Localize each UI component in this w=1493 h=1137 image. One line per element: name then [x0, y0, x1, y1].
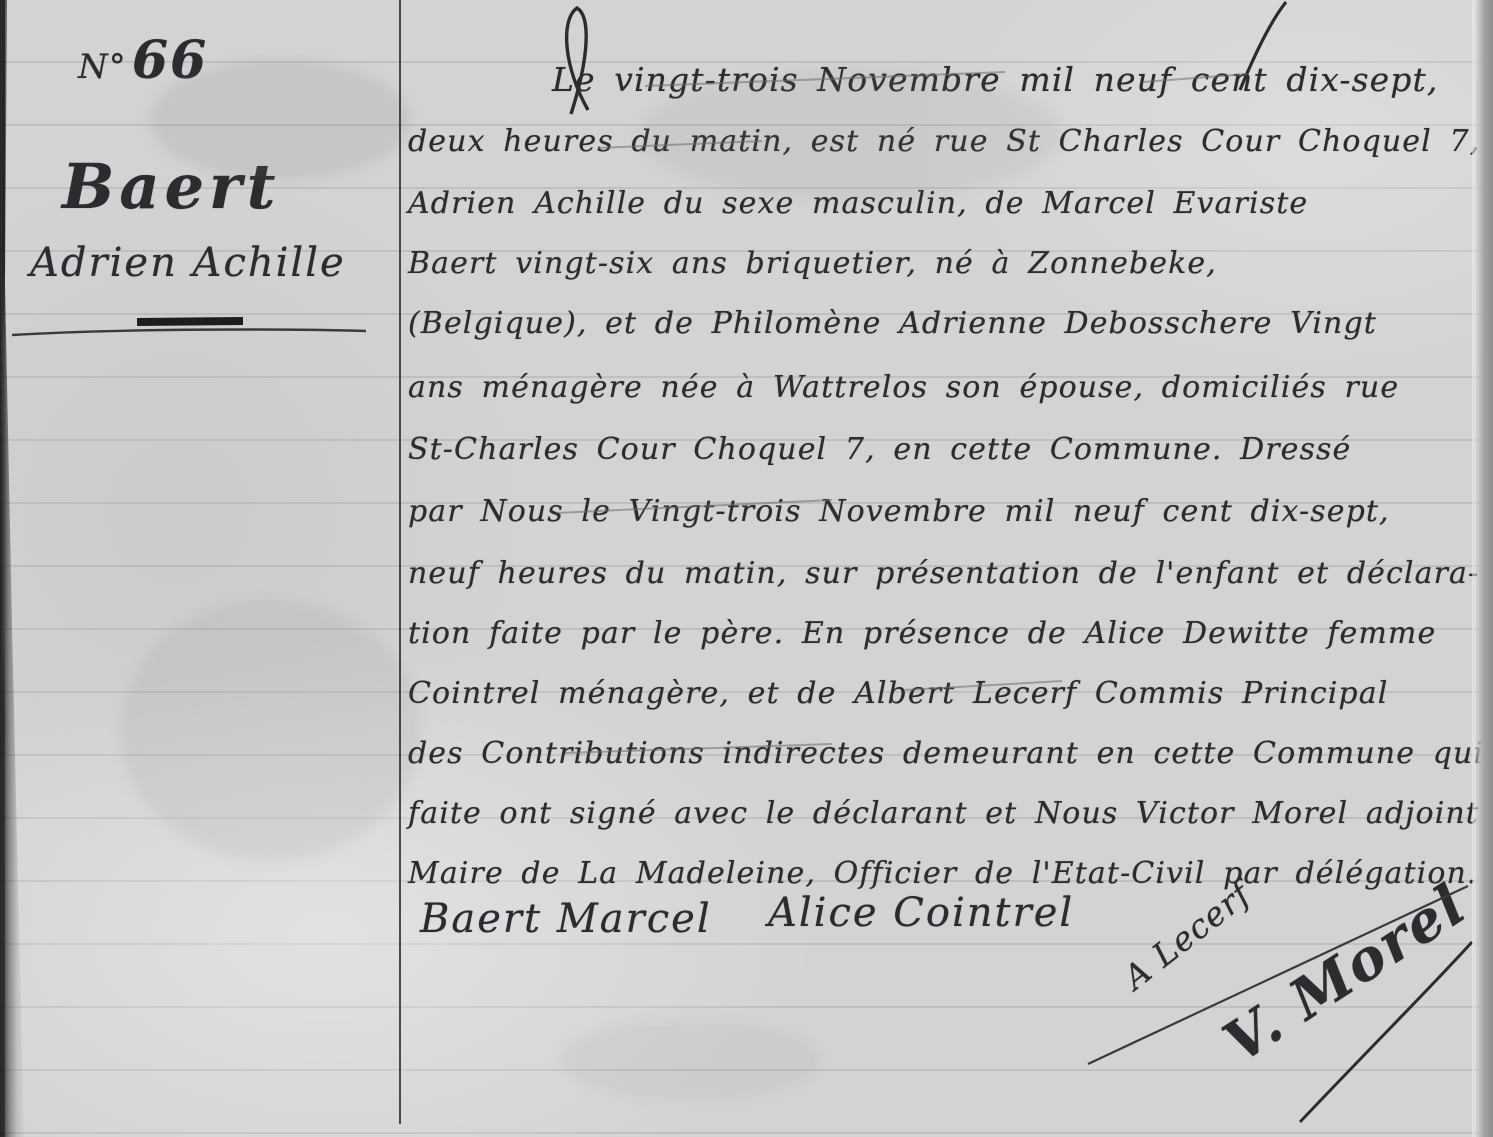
margin-underline-thin [12, 330, 366, 335]
initial-flourish-stroke [567, 8, 588, 114]
margin-underline-heavy [137, 321, 243, 322]
margin-rule-line [399, 0, 401, 1124]
register-page-scan: N° 66 Baert Adrien Achille Le vingt-troi… [0, 0, 1493, 1137]
officer-paraph-stroke [1088, 886, 1468, 1064]
officer-signature-tail-stroke [1300, 942, 1472, 1122]
page-edge-shadow [1473, 0, 1493, 1137]
top-right-flourish-stroke [1240, 2, 1286, 90]
pencil-strike-marks [556, 72, 1247, 753]
ink-flourishes [0, 0, 1493, 1137]
binding-edge-line [2, 0, 5, 1137]
